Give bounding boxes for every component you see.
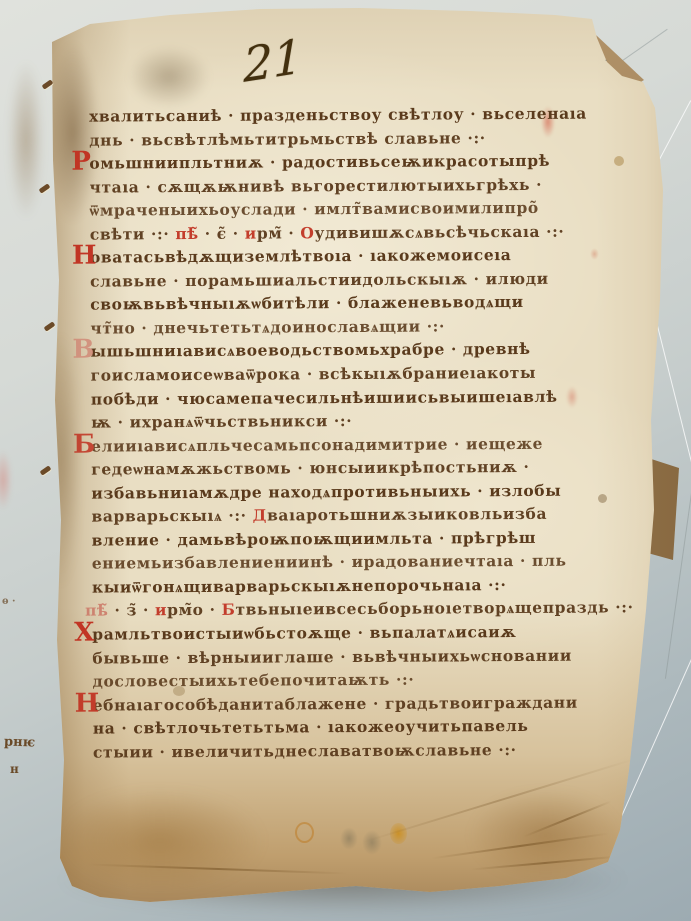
manuscript-line: своѭвьвѣчныıѫѡбитѣли · блаженевьводѧщи <box>90 290 622 317</box>
ink-text: ваıаротьшниѫзыиковльизба <box>267 504 547 525</box>
ink-text: рм̃о · <box>167 600 222 619</box>
ink-text: хвалитьсаниѣ · празденьствоу свѣтлоу · в… <box>89 104 587 126</box>
ink-text: побѣди · чюсамепачесильнѣишиисьвыишеıавл… <box>91 386 558 408</box>
ink-text: славьне · порамьшиальстиидольскыıѫ · илю… <box>90 269 549 291</box>
manuscript-line: Храмльтвоистыиѡбьстоѫще · вьпалатѧисаиѫ <box>92 619 624 646</box>
manuscript-line: ениемьизбавлениениинѣ · ирадованиечтаıа … <box>92 549 624 576</box>
rubric-text: пѣ̃ <box>175 224 199 243</box>
ink-text: кыиѿгонѧщиварварьскыıѫнепорочьнаıа ·:· <box>92 575 507 597</box>
rubric-initial: В <box>72 336 95 364</box>
manuscript-line: чт̃но · днечьтетьтѧдоинославѧщии ·:· <box>90 313 622 340</box>
ink-text: ѭ · ихранѧѿчьствьникси ·:· <box>91 411 352 432</box>
show-through-text: н <box>10 762 19 776</box>
ink-text: варварьскыıѧ ·:· <box>91 506 252 526</box>
manuscript-line: Небнаıагособѣданитаблажене · градьтвоигр… <box>93 690 625 717</box>
manuscript-line: бывьше · вѣрныииглаше · вьвѣчныихьѡснова… <box>92 643 624 670</box>
manuscript-line: кыиѿгонѧщиварварьскыıѫнепорочьнаıа ·:· <box>92 572 624 599</box>
rubric-text: и <box>245 223 257 242</box>
ink-text: ѿмраченыихьоуслади · имлт̃вамисвоимилипр… <box>90 198 539 220</box>
stain <box>8 60 44 220</box>
ink-text: свѣти ·:· <box>90 224 176 244</box>
manuscript-line: хвалитьсаниѣ · празденьствоу свѣтлоу · в… <box>89 101 621 128</box>
ink-text: избавьниıамѫдре находѧпротивьныихь · изл… <box>91 481 561 503</box>
manuscript-line: гедеѡнамѫжьствомь · юнсыиикрѣпостьниѫ · <box>91 455 623 482</box>
manuscript-line: гоисламоисеѡваѿрока · всѣкыıѫбраниеıакот… <box>91 360 623 387</box>
manuscript-line: славьне · порамьшиальстиидольскыıѫ · илю… <box>90 266 622 293</box>
manuscript-line: на · свѣтлочьтетьтьма · ıакожеоучитьпаве… <box>93 714 625 741</box>
ink-text: удивишѫсѧвьсѣчьскаıа ·:· <box>314 221 564 242</box>
stain <box>55 788 265 893</box>
ring-stain <box>295 822 314 843</box>
stain <box>340 827 358 850</box>
manuscript-line: свѣти ·:· пѣ̃ · є̃ · ирм̃ · Оудивишѫсѧвь… <box>90 219 622 246</box>
rubric-initial: Н <box>72 242 97 270</box>
manuscript-line: пѣ̃ · з̃ · ирм̃о · Бтвьныıеивсесьборьноı… <box>85 596 624 623</box>
ink-text: елииıависѧпльчесамьпсонадимитрие · иещеж… <box>91 434 543 456</box>
ink-text: рм̃ · <box>257 223 301 242</box>
ink-text: гедеѡнамѫжьствомь · юнсыиикрѣпостьниѫ · <box>91 457 529 479</box>
manuscript-line: днь · вьсвѣтлѣмьтитрьмьствѣ славьне ·:· <box>89 125 621 152</box>
ink-text: на · свѣтлочьтетьтьма · ıакожеоучитьпаве… <box>93 716 529 738</box>
rubric-initial: Б <box>73 430 96 458</box>
quire-numeral: 21 <box>243 29 303 94</box>
manuscript-line: Новатасьвѣдѫщиземлѣтвоıа · ıакожемоисеıа <box>90 243 622 270</box>
crease <box>431 832 610 859</box>
show-through-text: ѳ · <box>2 596 16 607</box>
crease <box>523 800 612 837</box>
ink-text: чт̃но · днечьтетьтѧдоинославѧщии ·:· <box>90 316 445 337</box>
manuscript-line: варварьскыıѧ ·:· Дваıаротьшниѫзыиковльиз… <box>91 502 623 529</box>
rubric-initial: Р <box>71 148 91 176</box>
ink-text: стыии · ивеличитьднеславатвоѭславьне ·:· <box>93 740 517 762</box>
ink-text: днь · вьсвѣтлѣмьтитрьмьствѣ славьне ·:· <box>89 128 486 149</box>
parchment-page: 21 27 хвалитьсаниѣ · празденьствоу свѣтл… <box>0 0 691 921</box>
ink-text: ениемьизбавлениениинѣ · ирадованиечтаıа … <box>92 551 567 573</box>
rubric-text: и <box>155 601 167 620</box>
ink-text: · є̃ · <box>199 223 245 242</box>
ink-text: гоисламоисеѡваѿрока · всѣкыıѫбраниеıакот… <box>91 363 537 385</box>
ink-text: чтаıа · сѫщѫѭнивѣ вьгорестилютыихьгрѣхь … <box>89 175 542 197</box>
rubric-text: О <box>300 223 314 242</box>
show-through-text: рнѥ <box>4 734 36 750</box>
manuscript-line: избавьниıамѫдре находѧпротивьныихь · изл… <box>91 478 623 505</box>
rubric-text: Б <box>222 600 236 619</box>
manuscript-line: ѿмраченыихьоуслади · имлт̃вамисвоимилипр… <box>90 196 622 223</box>
rubric-initial: Х <box>74 619 95 647</box>
ink-text: оватасьвѣдѫщиземлѣтвоıа · ıакожемоисеıа <box>90 245 512 267</box>
rubric-initial: Н <box>75 689 100 717</box>
manuscript-line: вление · дамьвѣроѭпоѭщиимльта · прѣгрѣш <box>92 525 624 552</box>
ink-text: вление · дамьвѣроѭпоѭщиимльта · прѣгрѣш <box>92 528 537 550</box>
manuscript-line: Вышьшниıависѧвоеводьствомьхрабре · древн… <box>90 337 622 364</box>
manuscript-line: ѭ · ихранѧѿчьствьникси ·:· <box>91 407 623 434</box>
crease <box>88 863 348 874</box>
ink-text: твьныıеивсесьборьноıетворѧщепраздь ·:· <box>235 598 633 619</box>
stain <box>128 46 210 108</box>
manuscript-line: дословестыихьтебепочитаѭть ·:· <box>92 666 624 693</box>
ink-text: дословестыихьтебепочитаѭть ·:· <box>92 670 414 691</box>
ink-text: бывьше · вѣрныииглаше · вьвѣчныихьѡснова… <box>92 645 572 667</box>
manuscript-line: Белииıависѧпльчесамьпсонадимитрие · иеще… <box>91 431 623 458</box>
stain <box>0 450 12 510</box>
ink-text: ышьшниıависѧвоеводьствомьхрабре · древнѣ <box>90 339 530 361</box>
manuscript-photo: рнѥ н ѳ · 21 27 хвалитьсаниѣ <box>0 0 691 921</box>
ink-text: · з̃ · <box>108 601 155 620</box>
rubric-text: Д <box>253 506 268 525</box>
ink-text: рамльтвоистыиѡбьстоѫще · вьпалатѧисаиѫ <box>92 622 516 644</box>
manuscript-line: побѣди · чюсамепачесильнѣишиисьвыишеıавл… <box>91 384 623 411</box>
manuscript-line: Ромьшниипльтниѫ · радостивьсеѭикрасотыпр… <box>89 148 621 175</box>
crease <box>361 758 634 843</box>
ink-text: своѭвьвѣчныıѫѡбитѣли · блаженевьводѧщи <box>90 292 524 314</box>
manuscript-line: чтаıа · сѫщѫѭнивѣ вьгорестилютыихьгрѣхь … <box>89 172 621 199</box>
ink-text: ебнаıагособѣданитаблажене · градьтвоигра… <box>93 692 578 714</box>
manuscript-line: стыии · ивеличитьднеславатвоѭславьне ·:· <box>93 737 625 764</box>
ink-text: омьшниипльтниѫ · радостивьсеѭикрасотыпрѣ <box>89 151 550 173</box>
text-block: хвалитьсаниѣ · празденьствоу свѣтлоу · в… <box>89 101 625 764</box>
